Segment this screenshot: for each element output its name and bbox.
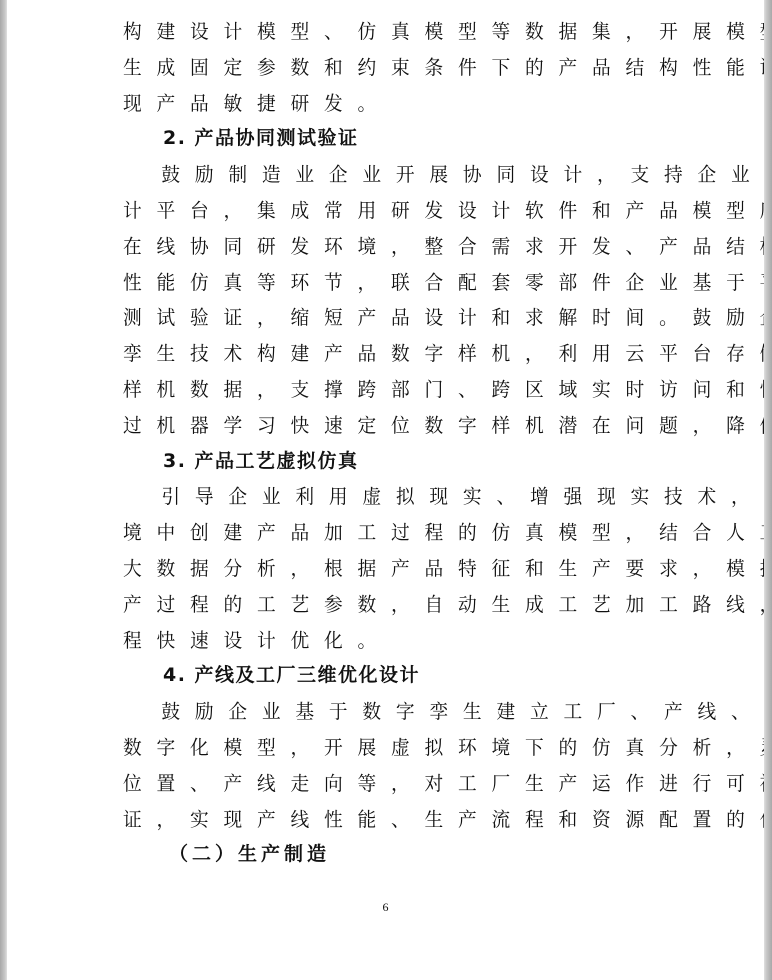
body-line: 孪生技术构建产品数字样机，利用云平台存储和共享数字 <box>123 336 641 372</box>
page-number: 6 <box>7 900 764 915</box>
body-line: 境中创建产品加工过程的仿真模型，结合人工智能算法和 <box>123 515 641 551</box>
document-page: 构建设计模型、仿真模型等数据集，开展模型训练，快速 生成固定参数和约束条件下的产… <box>7 0 764 980</box>
body-line: 大数据分析，根据产品特征和生产要求，模拟产品实际生 <box>123 551 641 587</box>
body-line: 生成固定参数和约束条件下的产品结构性能设计方案，实 <box>123 50 641 86</box>
page-content: 构建设计模型、仿真模型等数据集，开展模型训练，快速 生成固定参数和约束条件下的产… <box>123 14 663 873</box>
body-line: 样机数据，支撑跨部门、跨区域实时访问和性能评估，通 <box>123 372 641 408</box>
body-line: 计平台，集成常用研发设计软件和产品模型库，打造统一 <box>123 193 641 229</box>
section-heading: （二）生产制造 <box>123 837 663 873</box>
body-line: 位置、产线走向等，对工厂生产运作进行可视化设计、验 <box>123 766 641 802</box>
subsection-heading: 2. 产品协同测试验证 <box>123 121 663 157</box>
body-line: 过机器学习快速定位数字样机潜在问题，降低中试成本。 <box>123 408 641 444</box>
body-line: 程快速设计优化。 <box>123 623 641 659</box>
body-line: 构建设计模型、仿真模型等数据集，开展模型训练，快速 <box>123 14 641 50</box>
body-line: 在线协同研发环境，整合需求开发、产品结构设计、功能 <box>123 229 641 265</box>
body-line: 引导企业利用虚拟现实、增强现实技术，在数字化环 <box>123 479 641 515</box>
body-line: 鼓励企业基于数字孪生建立工厂、产线、物流系统的 <box>123 694 641 730</box>
subsection-heading: 3. 产品工艺虚拟仿真 <box>123 444 663 480</box>
body-line: 数字化模型，开展虚拟环境下的仿真分析，灵活调整设备 <box>123 730 641 766</box>
body-line: 测试验证，缩短产品设计和求解时间。鼓励企业应用数字 <box>123 300 641 336</box>
body-line: 现产品敏捷研发。 <box>123 86 641 122</box>
body-line: 证，实现产线性能、生产流程和资源配置的优化。 <box>123 802 641 838</box>
subsection-heading: 4. 产线及工厂三维优化设计 <box>123 658 663 694</box>
body-line: 鼓励制造业企业开展协同设计，支持企业建设协同设 <box>123 157 641 193</box>
body-line: 产过程的工艺参数，自动生成工艺加工路线，实现工艺过 <box>123 587 641 623</box>
viewer-right-border <box>764 0 772 980</box>
viewer-left-border <box>0 0 7 980</box>
document-viewer: 构建设计模型、仿真模型等数据集，开展模型训练，快速 生成固定参数和约束条件下的产… <box>0 0 772 980</box>
body-line: 性能仿真等环节，联合配套零部件企业基于平台开展协同 <box>123 265 641 301</box>
